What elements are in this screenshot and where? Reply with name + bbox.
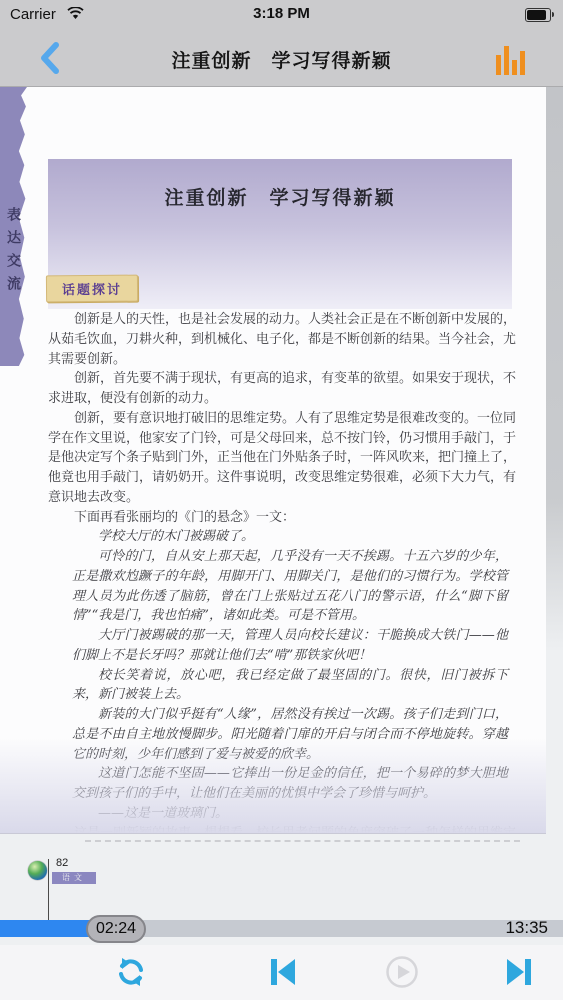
page-title: 注重创新 学习写得新颖 xyxy=(70,46,493,73)
playback-toolbar xyxy=(0,945,563,1000)
next-track-button[interactable] xyxy=(502,955,536,989)
previous-track-button[interactable] xyxy=(266,955,300,989)
page-paragraph: 下面再看张丽均的《门的悬念》一文： xyxy=(48,508,516,528)
battery-icon xyxy=(525,8,551,22)
page-paragraph: 创新是人的天性，也是社会发展的动力。人类社会正是在不断创新中发展的，从茹毛饮血，… xyxy=(48,310,516,369)
app-screen: Carrier 3:18 PM 注重创新 学习写得新颖 xyxy=(0,0,563,1000)
marker-badge: 语文 xyxy=(52,872,96,884)
total-time-label: 13:35 xyxy=(505,918,548,938)
status-clock: 3:18 PM xyxy=(0,5,563,22)
lesson-title: 注重创新 学习写得新颖 xyxy=(48,183,512,210)
nav-bar: 注重创新 学习写得新颖 xyxy=(0,30,563,87)
page-paragraph: ——这是一道玻璃门。 xyxy=(72,804,508,824)
chapter-side-label: 表达交流 xyxy=(3,207,23,299)
page-paragraph: 创新，首先要不满于现状，有更高的追求，有变革的欲望。如果安于现状，不求进取，便没… xyxy=(48,369,516,409)
page-paragraph: 可怜的门，自从安上那天起，几乎没有一天不挨踢。十五六岁的少年，正是撒欢尥蹶子的年… xyxy=(72,547,508,626)
page-paragraph: 新装的大门似乎挺有“人缘”，居然没有挨过一次踢。孩子们走到门口，总是不由自主地放… xyxy=(72,705,508,764)
page-paragraph: 大厅门被踢破的那一天，管理人员向校长建议：干脆换成大铁门——他们脚上不是长牙吗？… xyxy=(72,626,508,666)
elapsed-time-bubble[interactable]: 02:24 xyxy=(86,915,146,943)
refresh-button[interactable] xyxy=(114,955,148,989)
progress-fill xyxy=(0,920,90,937)
page-paragraph: 这道门怎能不坚固——它捧出一份足金的信任，把一个易碎的梦大胆地交到孩子们的手中，… xyxy=(72,764,508,804)
top-chrome: Carrier 3:18 PM 注重创新 学习写得新颖 xyxy=(0,0,563,87)
page-tear-line xyxy=(85,840,520,842)
page-paragraph: 创新，要有意识地打破旧的思维定势。人有了思维定势是很难改变的。一位同学在作文里说… xyxy=(48,409,516,508)
back-button[interactable] xyxy=(38,42,60,74)
status-bar: Carrier 3:18 PM xyxy=(0,0,563,30)
audio-progress-bar[interactable]: 02:24 13:35 xyxy=(0,920,563,937)
globe-icon xyxy=(28,861,47,880)
page-paragraph: 校长笑着说，放心吧，我已经定做了最坚固的门。很快，旧门被拆下来，新门被装上去。 xyxy=(72,666,508,706)
marker-page-number: 82 xyxy=(56,857,68,869)
topic-discussion-badge: 话题探讨 xyxy=(46,275,138,303)
marker-line xyxy=(48,859,49,921)
page-paragraph: 这是一则新颖的故事。想想看，校长思考问题的角度突破了一种怎样的思维定势？如果换一… xyxy=(48,824,516,835)
reader-content[interactable]: 表达交流 注重创新 学习写得新颖 话题探讨 创新是人的天性，也是社会发展的动力。… xyxy=(0,87,563,1000)
bar-chart-button[interactable] xyxy=(493,41,527,75)
bar-chart-icon xyxy=(496,55,501,75)
lesson-text: 创新是人的天性，也是社会发展的动力。人类社会正是在不断创新中发展的，从茹毛饮血，… xyxy=(48,310,516,834)
page-paragraph: 学校大厅的木门被踢破了。 xyxy=(72,527,508,547)
book-page-image: 表达交流 注重创新 学习写得新颖 话题探讨 创新是人的天性，也是社会发展的动力。… xyxy=(0,87,546,834)
play-button[interactable] xyxy=(385,955,419,989)
